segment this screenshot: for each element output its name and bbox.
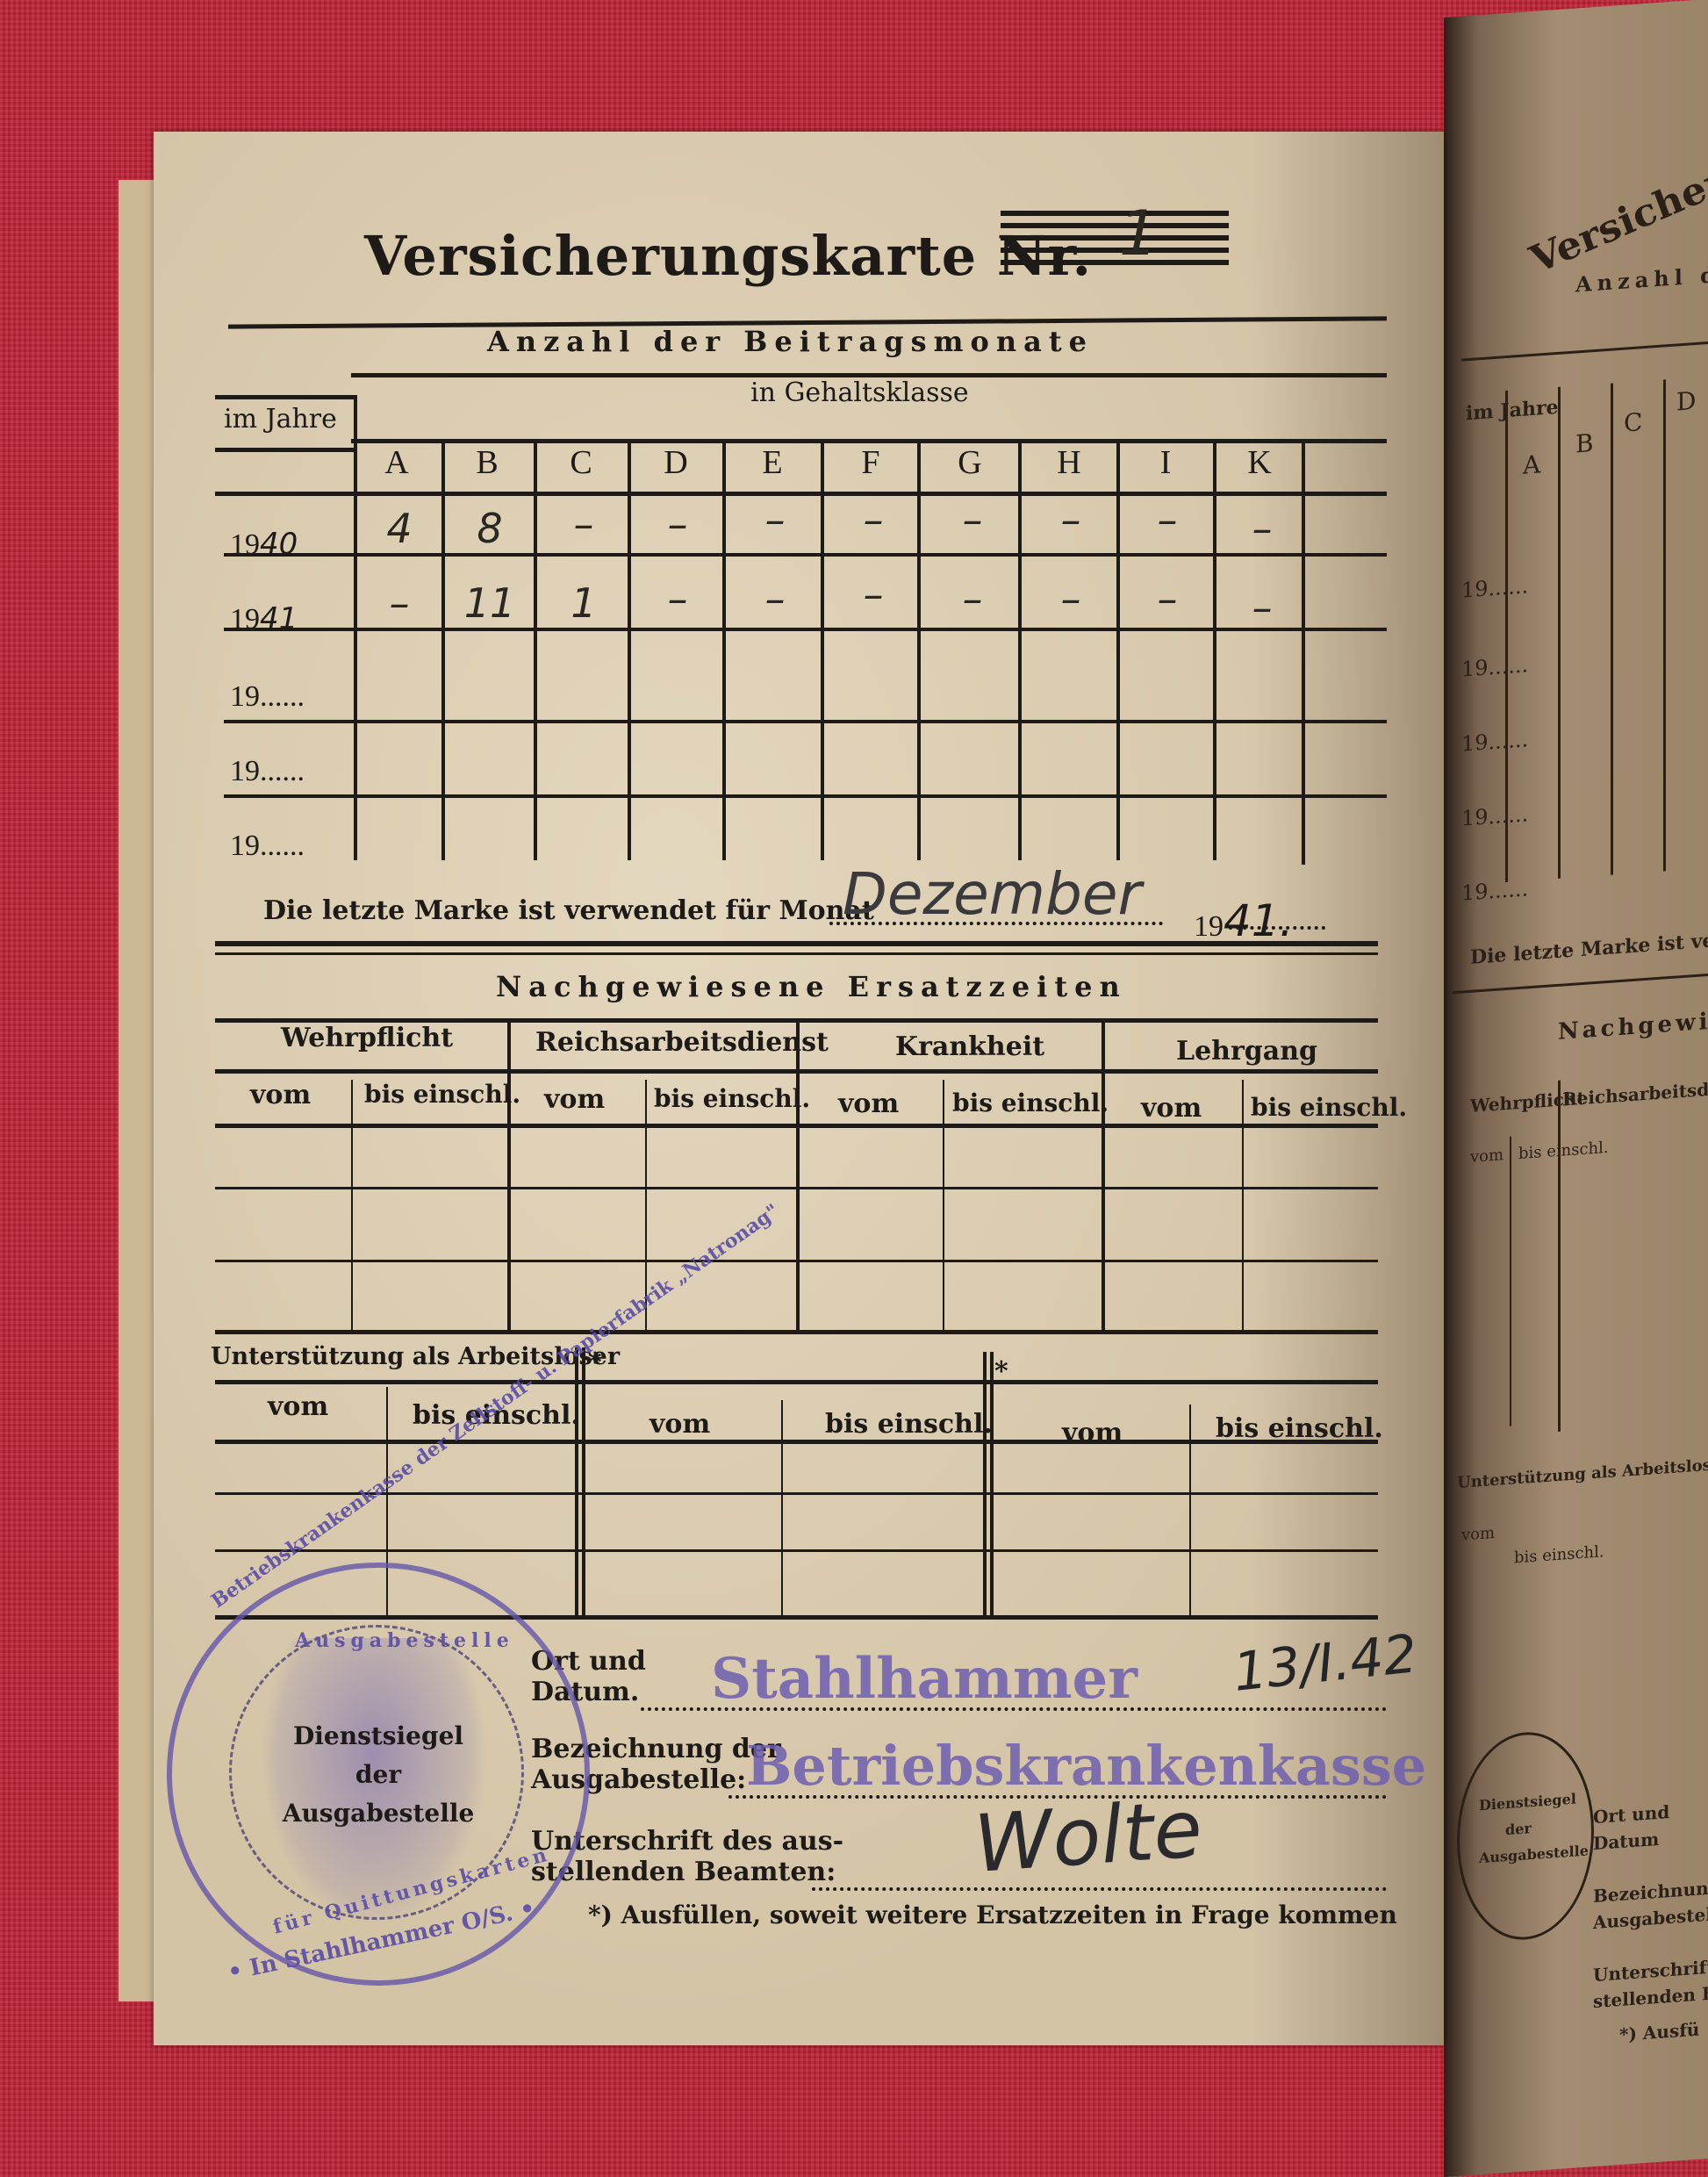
year-cell: 1941: [230, 601, 298, 636]
next-page-last-stamp-label: Die letzte Marke ist verwendet für: [1470, 920, 1708, 969]
value-cell: –: [651, 500, 704, 548]
next-page-year: 19......: [1461, 652, 1528, 681]
next-page-class: A: [1523, 449, 1540, 479]
year-cell: 19......: [230, 830, 305, 863]
value-cell: 8: [463, 505, 516, 552]
card-title: Versicherungskarte Nr.: [364, 224, 1092, 288]
value-cell: –: [373, 579, 426, 627]
class-label-i: I: [1139, 443, 1192, 482]
substitute-times-heading: Nachgewiesene Ersatzzeiten: [496, 970, 1127, 1003]
next-page-office: Ausgabestelle: [1593, 1902, 1708, 1933]
year-cell: 19......: [230, 755, 305, 788]
class-label-b: B: [461, 443, 513, 482]
next-page-year: 19......: [1461, 727, 1528, 756]
class-label-d: D: [649, 443, 702, 482]
next-page-seal: der: [1505, 1820, 1532, 1838]
value-cell: –: [946, 575, 999, 622]
next-page-year: 19......: [1461, 876, 1528, 905]
wehrpflicht-from: vom: [250, 1080, 311, 1110]
wehrpflicht-to: bis einschl.: [364, 1080, 520, 1109]
next-page-subheading: Anzahl der: [1575, 259, 1708, 297]
footnote: *) Ausfüllen, soweit weitere Ersatzzeite…: [588, 1900, 1397, 1929]
card-number-field: [1001, 211, 1229, 272]
next-page-year: 19......: [1461, 801, 1528, 830]
seal-ring-inner-top: Ausgabestelle: [295, 1629, 514, 1652]
class-label-a: A: [370, 443, 423, 482]
next-page-to: bis einschl.: [1514, 1542, 1604, 1567]
last-stamp-label: Die letzte Marke ist verwendet für Monat: [263, 895, 874, 926]
value-cell: 1: [557, 579, 610, 627]
next-page-sig: stellenden Bea: [1593, 1980, 1708, 2012]
group-lehrgang: Lehrgang: [1176, 1036, 1317, 1067]
next-page-foot: *) Ausfü: [1619, 2019, 1699, 2045]
group-wehrpflicht: Wehrpflicht: [281, 1023, 453, 1053]
value-cell: –: [1141, 496, 1194, 543]
value-cell: –: [1044, 496, 1097, 543]
year-header: im Jahre: [224, 404, 337, 435]
contributions-heading: Anzahl der Beitragsmonate: [487, 325, 1094, 358]
class-label-f: F: [844, 443, 897, 482]
krankheit-from: vom: [838, 1088, 899, 1119]
value-cell: –: [749, 496, 801, 543]
unemployed-from: vom: [268, 1391, 328, 1422]
value-cell: –: [1236, 584, 1288, 631]
next-page-class: D: [1676, 386, 1696, 417]
place-stamp: Stahlhammer: [711, 1646, 1137, 1712]
class-header: in Gehaltsklasse: [750, 377, 969, 408]
value-cell: –: [847, 496, 900, 543]
next-page: Versicherungs Anzahl der im Jahre A B C …: [1444, 0, 1708, 2177]
lehrgang-from: vom: [1141, 1093, 1202, 1124]
value-cell: –: [749, 575, 801, 622]
next-page-title: Versicherungs: [1525, 116, 1708, 283]
official-seal: Betriebskrankenkasse der Zellstoff- u. P…: [167, 1563, 590, 1986]
class-label-c: C: [555, 443, 607, 482]
last-stamp-year: 1941.: [1194, 895, 1294, 946]
card-number: 1: [1119, 198, 1159, 269]
next-page-class: B: [1575, 428, 1594, 458]
next-page-place: Ort und: [1593, 1801, 1669, 1828]
next-page-class: C: [1624, 407, 1642, 437]
next-page-year-header: im Jahre: [1466, 396, 1559, 425]
seal-center-line: Ausgabestelle: [277, 1794, 479, 1833]
value-cell: –: [847, 571, 900, 618]
seal-center-line: der: [277, 1756, 479, 1794]
signature-label-2: stellenden Beamten:: [531, 1857, 836, 1887]
office-stamp: Betriebskrankenkasse: [746, 1734, 1426, 1798]
group-krankheit: Krankheit: [895, 1031, 1044, 1062]
class-label-k: K: [1233, 443, 1286, 482]
class-label-g: G: [944, 443, 996, 482]
next-page-to: bis einschl.: [1518, 1139, 1609, 1163]
year-cell: 19......: [230, 680, 305, 714]
next-page-heading2: Nachgewiese: [1558, 1005, 1708, 1045]
next-page-place: Datum: [1593, 1829, 1659, 1854]
value-cell: –: [1141, 575, 1194, 622]
next-page-from: vom: [1470, 1146, 1503, 1167]
rad-to: bis einschl.: [654, 1084, 810, 1113]
value-cell: –: [1044, 575, 1097, 622]
value-cell: –: [946, 496, 999, 543]
last-stamp-month: Dezember: [843, 860, 1142, 928]
value-cell: –: [651, 575, 704, 622]
value-cell: –: [557, 500, 610, 548]
seal-center-line: Dienstsiegel: [277, 1717, 479, 1756]
official-signature: Wolte: [972, 1783, 1205, 1891]
extra1-to: bis einschl.: [825, 1409, 993, 1440]
year-cell: 1940: [230, 527, 298, 562]
next-page-year: 19......: [1461, 573, 1528, 602]
value-cell: 11: [463, 579, 516, 627]
next-page-unemployed: Unterstützung als Arbeitsloser: [1457, 1455, 1708, 1492]
seal-center-text: Dienstsiegel der Ausgabestelle: [277, 1717, 479, 1833]
rad-from: vom: [544, 1084, 605, 1115]
value-cell: 4: [373, 505, 426, 552]
class-label-h: H: [1043, 443, 1095, 482]
group-reichsarbeitsdienst: Reichsarbeitsdienst: [535, 1027, 829, 1058]
next-page-office: Bezeichnung d: [1593, 1875, 1708, 1907]
lehrgang-to: bis einschl.: [1251, 1093, 1407, 1122]
value-cell: –: [1236, 505, 1288, 552]
extra1-from: vom: [649, 1409, 710, 1440]
class-label-e: E: [746, 443, 799, 482]
next-page-sig: Unterschrift de: [1593, 1954, 1708, 1986]
krankheit-to: bis einschl.: [952, 1088, 1109, 1117]
next-page-from: vom: [1461, 1524, 1495, 1545]
next-page-group: Reichsarbeitsd: [1562, 1079, 1708, 1110]
